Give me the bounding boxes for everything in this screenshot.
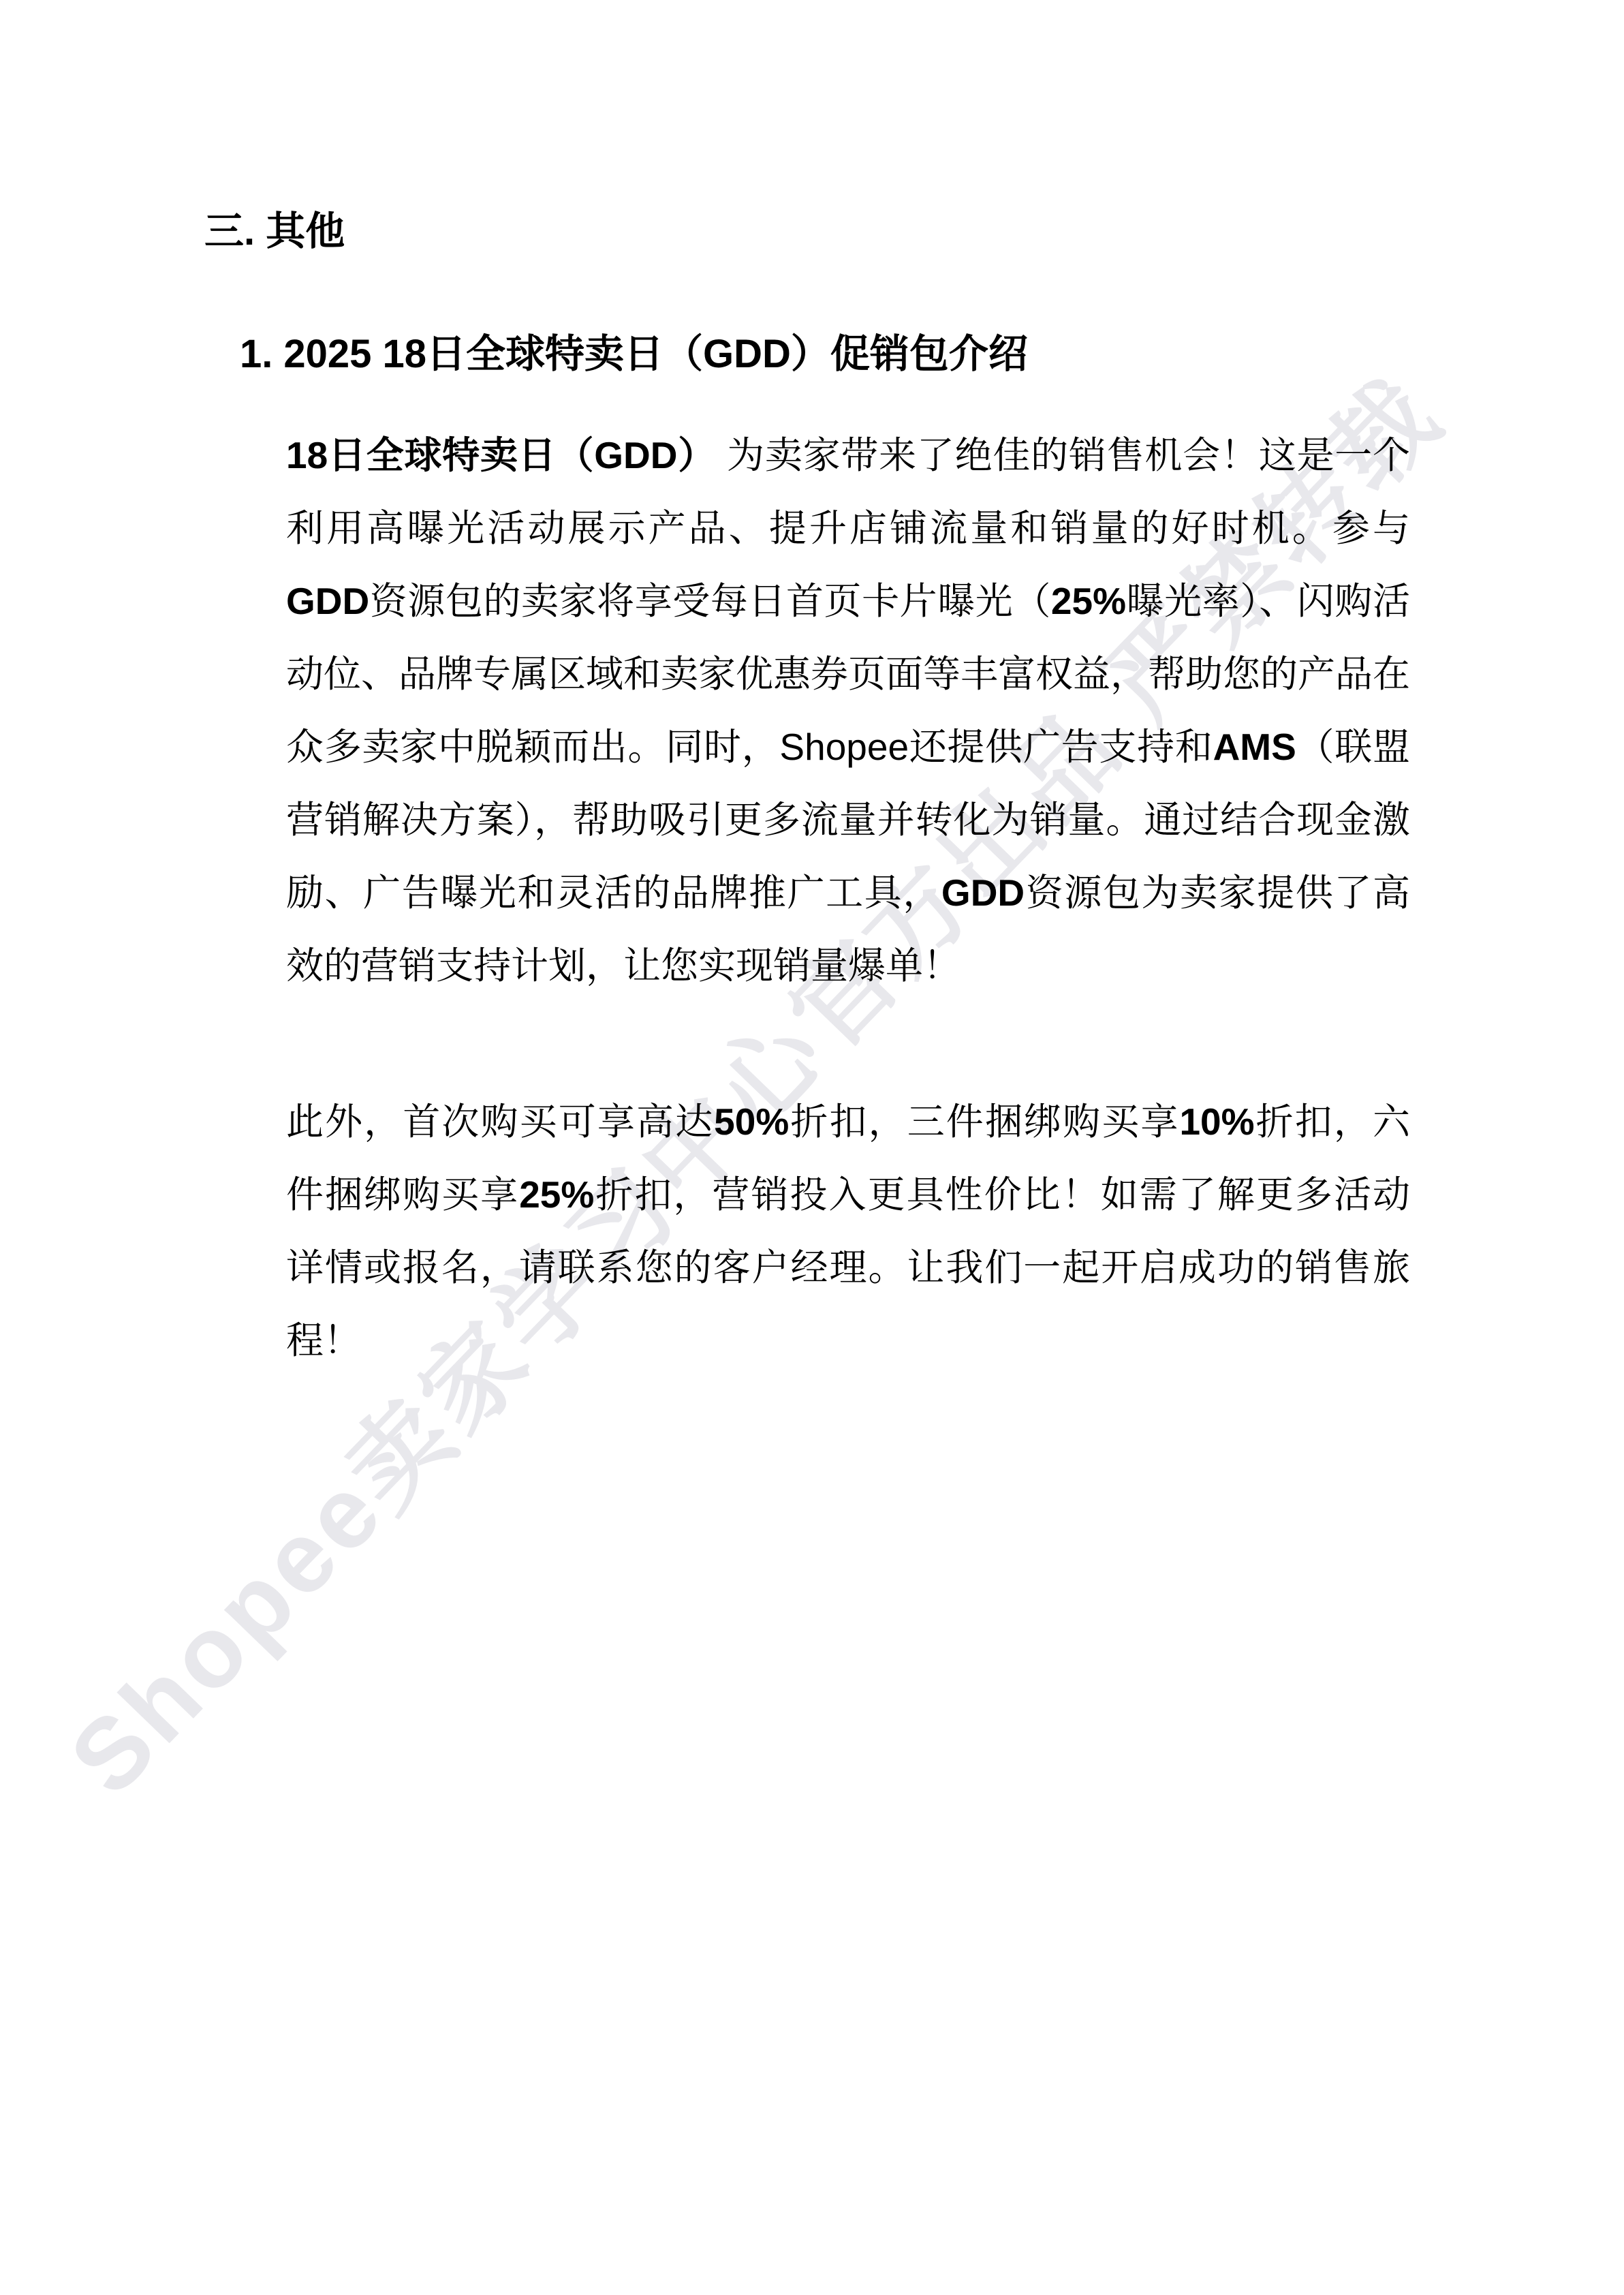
section-heading: 三. 其他 xyxy=(204,204,1624,259)
paragraph-gdd-intro: 18日全球特卖日（GDD） 为卖家带来了绝佳的销售机会！这是一个利用高曝光活动展… xyxy=(286,419,1410,1002)
list-item-number: 1. xyxy=(240,332,272,376)
paragraph-discount-info: 此外，首次购买可享高达50%折扣，三件捆绑购买享10%折扣，六件捆绑购买享25%… xyxy=(286,1085,1410,1377)
document-page: Shopee卖家学习中心官方出品 严禁转载 三. 其他 1.2025 18日全球… xyxy=(0,0,1624,2295)
list-item-title: 1.2025 18日全球特卖日（GDD）促销包介绍 xyxy=(240,327,1624,382)
list-item-text: 2025 18日全球特卖日（GDD）促销包介绍 xyxy=(283,332,1028,376)
document-content: 三. 其他 1.2025 18日全球特卖日（GDD）促销包介绍 18日全球特卖日… xyxy=(0,204,1624,1377)
